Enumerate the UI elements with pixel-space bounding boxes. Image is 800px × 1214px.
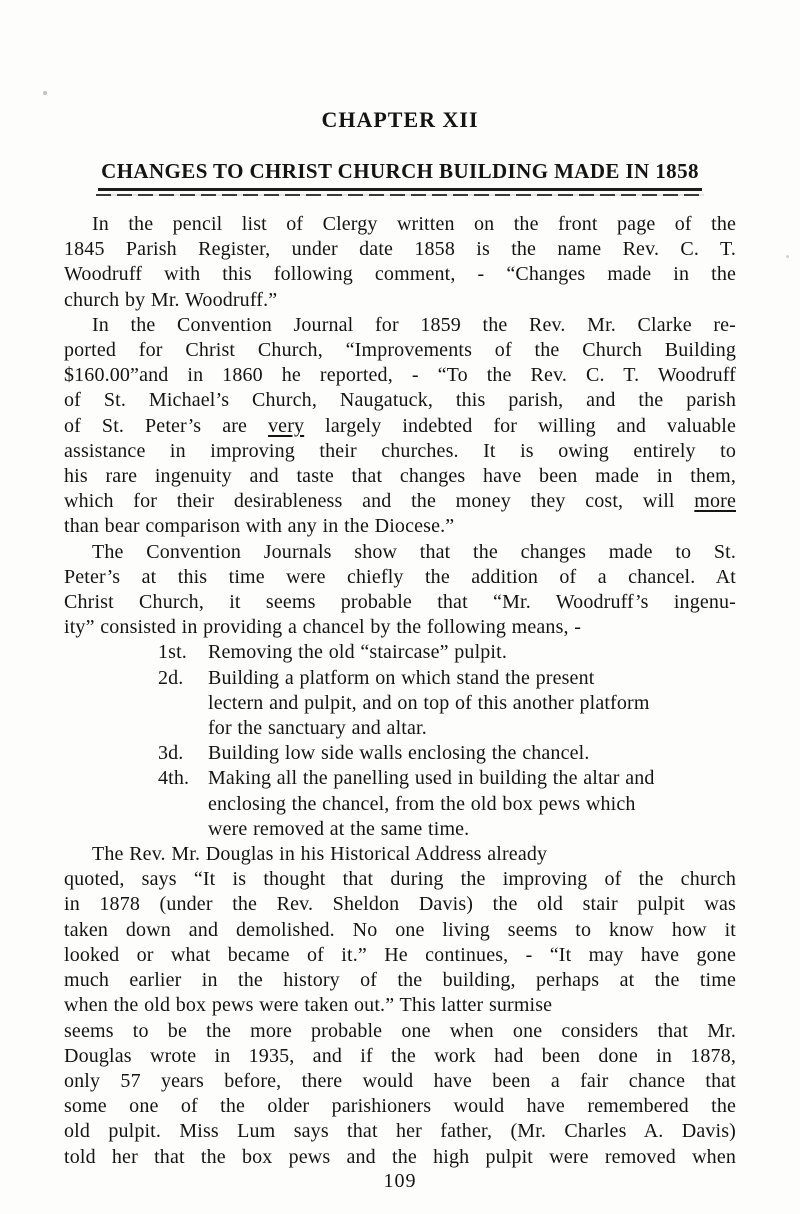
paragraph: In the Convention Journal for 1859 the R… (64, 313, 736, 540)
list-marker: 2d. (158, 666, 208, 742)
text-line: Building low side walls enclosing the ch… (208, 741, 736, 766)
text-line: in 1878 (under the Rev. Sheldon Davis) t… (64, 892, 736, 917)
text-segment: some one of the older parishioners would… (64, 1095, 736, 1117)
text-line: for the sanctuary and altar. (208, 716, 736, 741)
text-line: The Rev. Mr. Douglas in his Historical A… (64, 842, 736, 867)
text-line: ity” consisted in providing a chancel by… (64, 615, 736, 640)
text-line: Christ Church, it seems probable that “M… (64, 590, 736, 615)
list-marker: 3d. (158, 741, 208, 766)
underlined-word: more (694, 490, 736, 512)
page-number: 109 (0, 1170, 800, 1193)
list-item: 4th.Making all the panelling used in bui… (64, 766, 736, 842)
text-line: of St. Peter’s are very largely indebted… (64, 414, 736, 439)
text-line: lectern and pulpit, and on top of this a… (208, 691, 736, 716)
text-segment: assistance in improving their churches. … (64, 440, 736, 462)
text-line: In the pencil list of Clergy written on … (64, 212, 736, 237)
scan-speck (786, 255, 789, 258)
text-segment: quoted, says “It is thought that during … (64, 868, 736, 890)
text-line: seems to be the more probable one when o… (64, 1019, 736, 1044)
text-line: his rare ingenuity and taste that change… (64, 464, 736, 489)
text-segment: taken down and demolished. No one living… (64, 919, 736, 941)
text-segment: Douglas wrote in 1935, and if the work h… (64, 1045, 736, 1067)
title-row: CHANGES TO CHRIST CHURCH BUILDING MADE I… (0, 159, 800, 191)
text-segment: The Convention Journals show that the ch… (92, 541, 736, 563)
text-line: Douglas wrote in 1935, and if the work h… (64, 1044, 736, 1069)
text-line: Woodruff with this following comment, - … (64, 262, 736, 287)
text-line: than bear comparison with any in the Dio… (64, 514, 736, 539)
underlined-word: very (268, 415, 304, 437)
text-line: Peter’s at this time were chiefly the ad… (64, 565, 736, 590)
text-segment: largely indebted for willing and valuabl… (304, 415, 736, 437)
numbered-list: 1st.Removing the old “staircase” pulpit.… (64, 640, 736, 842)
text-segment: of St. Peter’s are (64, 415, 268, 437)
list-item: 1st.Removing the old “staircase” pulpit. (64, 640, 736, 665)
text-segment: Woodruff with this following comment, - … (64, 263, 736, 285)
text-segment: when the old box pews were taken out.” T… (64, 994, 552, 1016)
paragraph: The Rev. Mr. Douglas in his Historical A… (64, 842, 736, 1170)
list-item-text: Building a platform on which stand the p… (208, 666, 736, 742)
text-segment: looked or what became of it.” He continu… (64, 944, 736, 966)
text-line: old pulpit. Miss Lum says that her fathe… (64, 1119, 736, 1144)
text-line: 1845 Parish Register, under date 1858 is… (64, 237, 736, 262)
list-item-text: Building low side walls enclosing the ch… (208, 741, 736, 766)
text-segment: told her that the box pews and the high … (64, 1146, 736, 1168)
text-line: Building a platform on which stand the p… (208, 666, 736, 691)
scan-speck (43, 91, 47, 95)
text-segment: The Rev. Mr. Douglas in his Historical A… (92, 843, 547, 865)
text-body: In the pencil list of Clergy written on … (64, 212, 736, 1170)
text-line: only 57 years before, there would have b… (64, 1069, 736, 1094)
scanned-book-page: CHAPTER XII CHANGES TO CHRIST CHURCH BUI… (0, 0, 800, 1214)
text-segment: of St. Michael’s Church, Naugatuck, this… (64, 389, 736, 411)
text-segment: church by Mr. Woodruff.” (64, 289, 277, 311)
text-segment: Peter’s at this time were chiefly the ad… (64, 566, 736, 588)
text-line: Making all the panelling used in buildin… (208, 766, 736, 791)
text-segment: 1845 Parish Register, under date 1858 is… (64, 238, 736, 260)
text-line: $160.00”and in 1860 he reported, - “To t… (64, 363, 736, 388)
text-segment: in 1878 (under the Rev. Sheldon Davis) t… (64, 893, 736, 915)
text-segment: In the Convention Journal for 1859 the R… (92, 314, 736, 336)
text-segment: much earlier in the history of the build… (64, 969, 736, 991)
text-line: The Convention Journals show that the ch… (64, 540, 736, 565)
text-line: much earlier in the history of the build… (64, 968, 736, 993)
text-segment: than bear comparison with any in the Dio… (64, 515, 454, 537)
text-line: looked or what became of it.” He continu… (64, 943, 736, 968)
text-line: when the old box pews were taken out.” T… (64, 993, 736, 1018)
text-segment: $160.00”and in 1860 he reported, - “To t… (64, 364, 736, 386)
text-segment: old pulpit. Miss Lum says that her fathe… (64, 1120, 736, 1142)
list-item-text: Making all the panelling used in buildin… (208, 766, 736, 842)
text-segment: ity” consisted in providing a chancel by… (64, 616, 581, 638)
text-segment: In the pencil list of Clergy written on … (92, 213, 736, 235)
text-segment: seems to be the more probable one when o… (64, 1020, 736, 1042)
text-line: of St. Michael’s Church, Naugatuck, this… (64, 388, 736, 413)
text-line: enclosing the chancel, from the old box … (208, 792, 736, 817)
text-segment: Christ Church, it seems probable that “M… (64, 591, 736, 613)
text-line: which for their desirableness and the mo… (64, 489, 736, 514)
text-segment: his rare ingenuity and taste that change… (64, 465, 736, 487)
text-line: In the Convention Journal for 1859 the R… (64, 313, 736, 338)
text-line: quoted, says “It is thought that during … (64, 867, 736, 892)
text-segment: ported for Christ Church, “Improvements … (64, 339, 736, 361)
text-line: Removing the old “staircase” pulpit. (208, 640, 736, 665)
text-segment: which for their desirableness and the mo… (64, 490, 694, 512)
text-line: some one of the older parishioners would… (64, 1094, 736, 1119)
chapter-heading: CHAPTER XII (0, 107, 800, 133)
paragraph: The Convention Journals show that the ch… (64, 540, 736, 641)
text-line: told her that the box pews and the high … (64, 1145, 736, 1170)
text-line: were removed at the same time. (208, 817, 736, 842)
list-marker: 4th. (158, 766, 208, 842)
text-line: church by Mr. Woodruff.” (64, 288, 736, 313)
list-item: 3d.Building low side walls enclosing the… (64, 741, 736, 766)
text-line: ported for Christ Church, “Improvements … (64, 338, 736, 363)
list-marker: 1st. (158, 640, 208, 665)
paragraph: In the pencil list of Clergy written on … (64, 212, 736, 313)
list-item-text: Removing the old “staircase” pulpit. (208, 640, 736, 665)
text-line: taken down and demolished. No one living… (64, 918, 736, 943)
page-title: CHANGES TO CHRIST CHURCH BUILDING MADE I… (98, 159, 702, 191)
text-segment: only 57 years before, there would have b… (64, 1070, 736, 1092)
text-line: assistance in improving their churches. … (64, 439, 736, 464)
list-item: 2d.Building a platform on which stand th… (64, 666, 736, 742)
